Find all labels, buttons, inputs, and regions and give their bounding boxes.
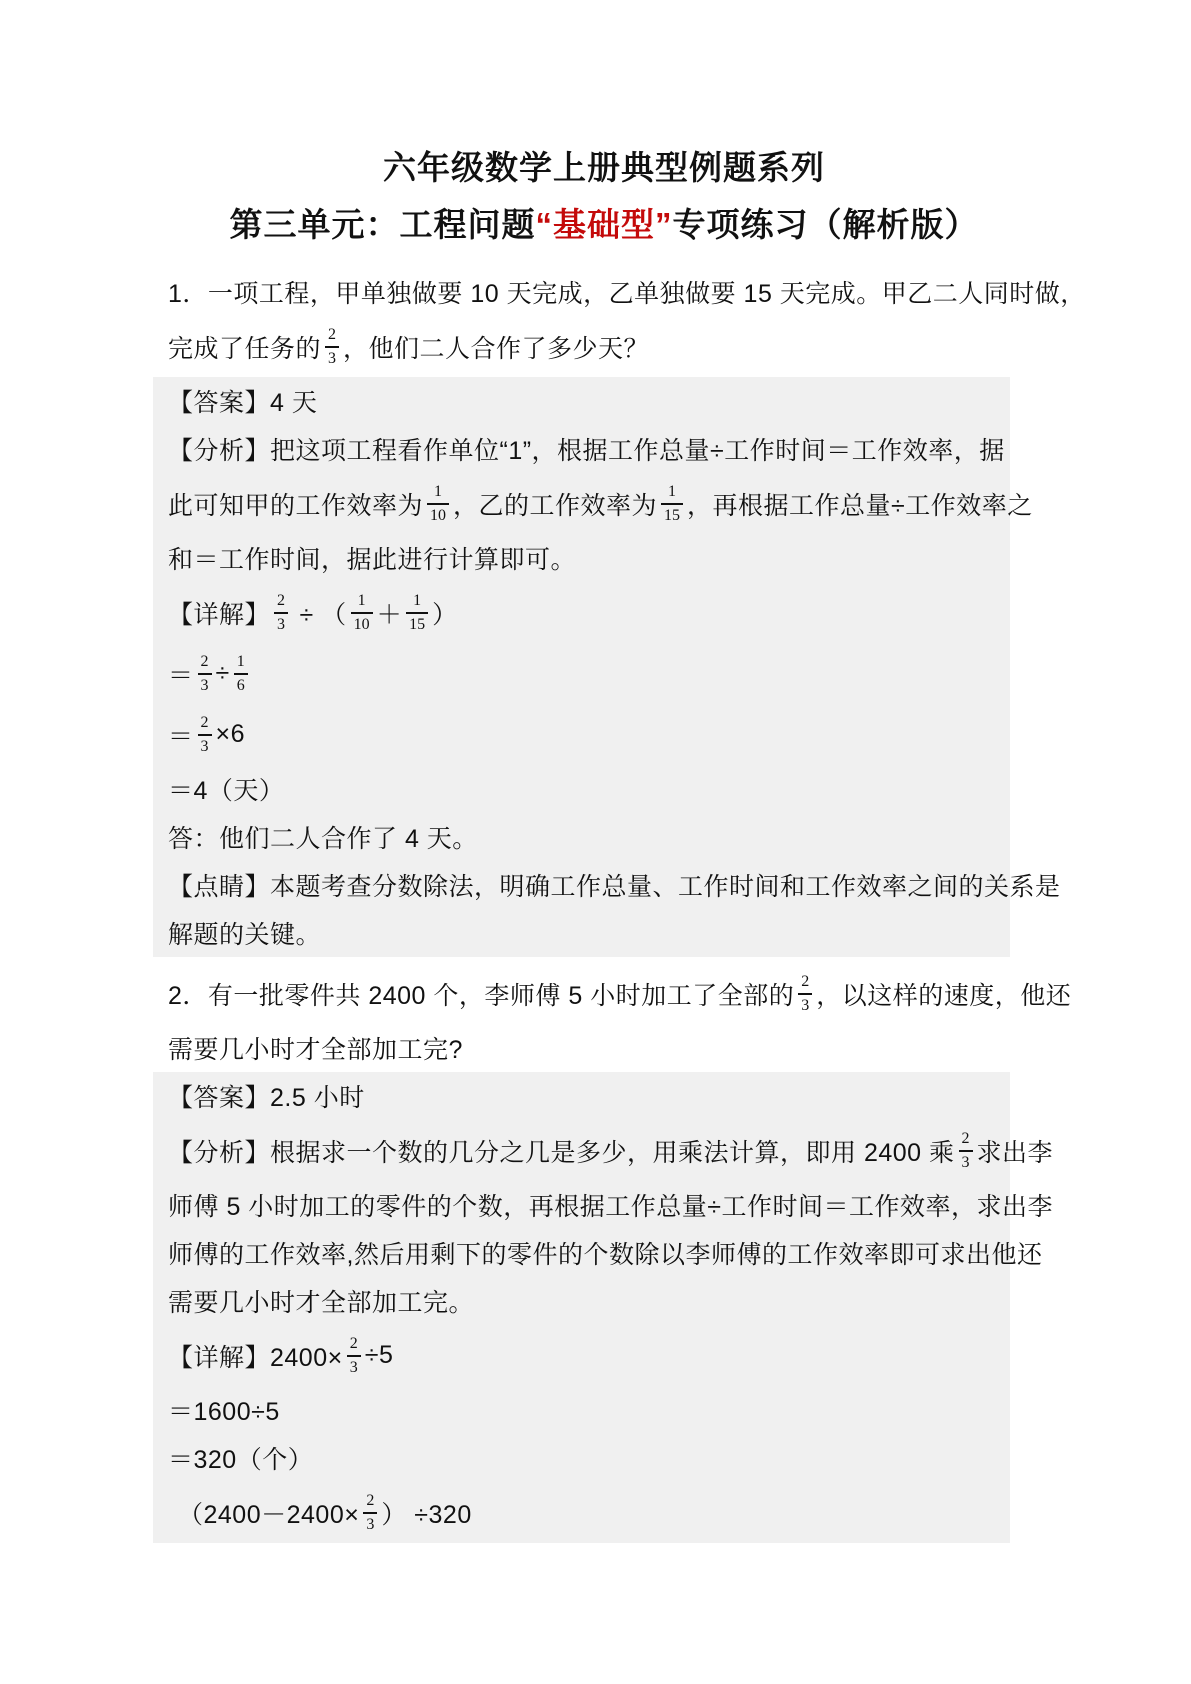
text-line: ＝23×6 bbox=[168, 704, 1040, 765]
text-line: 此可知甲的工作效率为110，乙的工作效率为115，再根据工作总量÷工作效率之 bbox=[168, 473, 1040, 534]
text-line: 【详解】2400×23÷5 bbox=[168, 1325, 1040, 1386]
text-line: ＝23÷16 bbox=[168, 643, 1040, 704]
text-run: ＋ bbox=[377, 595, 403, 631]
text-run: ×6 bbox=[216, 720, 246, 749]
answer-block: 【答案】4 天【分析】把这项工程看作单位“1”，根据工作总量÷工作时间＝工作效率… bbox=[168, 377, 1040, 957]
fraction: 110 bbox=[427, 484, 449, 524]
fraction: 23 bbox=[347, 1336, 361, 1376]
subtitle-suffix: 专项练习（解析版） bbox=[673, 206, 979, 243]
answer-block: 【答案】2.5 小时【分析】根据求一个数的几分之几是多少，用乘法计算，即用 24… bbox=[168, 1072, 1040, 1543]
text-line: 【答案】2.5 小时 bbox=[168, 1072, 1040, 1120]
text-line: 需要几小时才全部加工完。 bbox=[168, 1277, 1040, 1325]
text-run: ÷ （ bbox=[292, 595, 347, 631]
fraction-numerator: 2 bbox=[347, 1336, 361, 1355]
question-block: 1．一项工程，甲单独做要 10 天完成，乙单独做要 15 天完成。甲乙二人同时做… bbox=[168, 268, 1040, 377]
text-run: ，他们二人合作了多少天？ bbox=[343, 329, 649, 365]
text-run: ＝ bbox=[168, 717, 194, 753]
fraction-numerator: 1 bbox=[355, 593, 369, 612]
fraction-denominator: 3 bbox=[198, 734, 212, 755]
fraction: 23 bbox=[274, 593, 288, 633]
fraction-denominator: 3 bbox=[347, 1355, 361, 1376]
fraction-denominator: 6 bbox=[234, 673, 248, 694]
fraction: 115 bbox=[661, 484, 683, 524]
fraction-denominator: 3 bbox=[325, 346, 339, 367]
text-run: ） bbox=[432, 595, 458, 631]
fraction-numerator: 1 bbox=[665, 484, 679, 503]
fraction-numerator: 1 bbox=[431, 484, 445, 503]
document-body: 1．一项工程，甲单独做要 10 天完成，乙单独做要 15 天完成。甲乙二人同时做… bbox=[168, 268, 1040, 1543]
text-run: ÷ bbox=[216, 659, 230, 688]
text-run: 完成了任务的 bbox=[168, 329, 321, 365]
text-line: 2．有一批零件共 2400 个，李师傅 5 小时加工了全部的23，以这样的速度，… bbox=[168, 963, 1040, 1024]
fraction-numerator: 2 bbox=[198, 654, 212, 673]
text-run: ＝4（天） bbox=[168, 771, 284, 807]
fraction-numerator: 2 bbox=[198, 715, 212, 734]
text-line: 完成了任务的23，他们二人合作了多少天？ bbox=[168, 316, 1040, 377]
fraction-denominator: 3 bbox=[959, 1150, 973, 1171]
fraction: 23 bbox=[959, 1131, 973, 1171]
fraction-numerator: 1 bbox=[410, 593, 424, 612]
text-line: ＝320（个） bbox=[168, 1434, 1040, 1482]
fraction: 23 bbox=[198, 654, 212, 694]
text-run: 【详解】2400× bbox=[168, 1338, 343, 1374]
text-run: 此可知甲的工作效率为 bbox=[168, 486, 423, 522]
text-run: 【详解】 bbox=[168, 595, 270, 631]
text-line: ＝1600÷5 bbox=[168, 1386, 1040, 1434]
fraction-denominator: 10 bbox=[351, 612, 373, 633]
text-run: ，乙的工作效率为 bbox=[453, 486, 657, 522]
question-block: 2．有一批零件共 2400 个，李师傅 5 小时加工了全部的23，以这样的速度，… bbox=[168, 963, 1040, 1072]
fraction-numerator: 2 bbox=[325, 327, 339, 346]
text-line: 需要几小时才全部加工完? bbox=[168, 1024, 1040, 1072]
text-run: （2400－2400× bbox=[178, 1495, 359, 1531]
text-line: 1．一项工程，甲单独做要 10 天完成，乙单独做要 15 天完成。甲乙二人同时做… bbox=[168, 268, 1040, 316]
text-run: 2．有一批零件共 2400 个，李师傅 5 小时加工了全部的 bbox=[168, 976, 794, 1012]
text-line: 和＝工作时间，据此进行计算即可。 bbox=[168, 534, 1040, 582]
text-run: ＝320（个） bbox=[168, 1440, 313, 1476]
fraction: 23 bbox=[198, 715, 212, 755]
fraction: 23 bbox=[798, 974, 812, 1014]
page-title: 六年级数学上册典型例题系列 bbox=[168, 146, 1040, 190]
subtitle-prefix: 第三单元：工程问题 bbox=[230, 206, 536, 243]
text-line: 【详解】23 ÷ （110＋115） bbox=[168, 582, 1040, 643]
fraction-denominator: 15 bbox=[406, 612, 428, 633]
text-run: 师傅的工作效率,然后用剩下的零件的个数除以李师傅的工作效率即可求出他还 bbox=[168, 1235, 1042, 1271]
text-run: 需要几小时才全部加工完。 bbox=[168, 1283, 474, 1319]
fraction-denominator: 3 bbox=[363, 1512, 377, 1533]
text-line: 师傅的工作效率,然后用剩下的零件的个数除以李师傅的工作效率即可求出他还 bbox=[168, 1229, 1040, 1277]
text-run: 需要几小时才全部加工完? bbox=[168, 1030, 463, 1066]
text-run: ，再根据工作总量÷工作效率之 bbox=[687, 486, 1033, 522]
text-line: 【分析】根据求一个数的几分之几是多少，用乘法计算，即用 2400 乘23求出李 bbox=[168, 1120, 1040, 1181]
fraction-denominator: 15 bbox=[661, 503, 683, 524]
fraction: 16 bbox=[234, 654, 248, 694]
text-run: 【分析】根据求一个数的几分之几是多少，用乘法计算，即用 2400 乘 bbox=[168, 1133, 955, 1169]
document-content-column: 六年级数学上册典型例题系列 第三单元：工程问题“基础型”专项练习（解析版） 1．… bbox=[168, 146, 1040, 1543]
text-line: 【分析】把这项工程看作单位“1”，根据工作总量÷工作时间＝工作效率，据 bbox=[168, 425, 1040, 473]
text-line: 【点睛】本题考查分数除法，明确工作总量、工作时间和工作效率之间的关系是 bbox=[168, 861, 1040, 909]
text-run: ＝ bbox=[168, 656, 194, 692]
fraction: 23 bbox=[325, 327, 339, 367]
text-run: 【答案】2.5 小时 bbox=[168, 1078, 365, 1114]
text-run: 【点睛】本题考查分数除法，明确工作总量、工作时间和工作效率之间的关系是 bbox=[168, 867, 1061, 903]
fraction: 23 bbox=[363, 1493, 377, 1533]
text-run: ） ÷320 bbox=[381, 1495, 471, 1531]
text-run: ÷5 bbox=[365, 1341, 394, 1370]
page-subtitle: 第三单元：工程问题“基础型”专项练习（解析版） bbox=[168, 203, 1040, 247]
text-run: 答：他们二人合作了 4 天。 bbox=[168, 819, 478, 855]
text-run: 解题的关键。 bbox=[168, 915, 321, 951]
text-run: 【分析】把这项工程看作单位“1”，根据工作总量÷工作时间＝工作效率，据 bbox=[168, 431, 1005, 467]
fraction-denominator: 3 bbox=[198, 673, 212, 694]
text-run: 师傅 5 小时加工的零件的个数，再根据工作总量÷工作时间＝工作效率，求出李 bbox=[168, 1187, 1053, 1223]
fraction-denominator: 3 bbox=[274, 612, 288, 633]
fraction-numerator: 2 bbox=[363, 1493, 377, 1512]
text-run: 1．一项工程，甲单独做要 10 天完成，乙单独做要 15 天完成。甲乙二人同时做… bbox=[168, 274, 1086, 310]
text-run: ，以这样的速度，他还 bbox=[816, 976, 1071, 1012]
text-line: 解题的关键。 bbox=[168, 909, 1040, 957]
fraction-numerator: 1 bbox=[234, 654, 248, 673]
text-run: 和＝工作时间，据此进行计算即可。 bbox=[168, 540, 576, 576]
text-run: 求出李 bbox=[977, 1133, 1054, 1169]
text-line: 【答案】4 天 bbox=[168, 377, 1040, 425]
text-run: ＝1600÷5 bbox=[168, 1392, 280, 1428]
fraction-numerator: 2 bbox=[959, 1131, 973, 1150]
text-line: 师傅 5 小时加工的零件的个数，再根据工作总量÷工作时间＝工作效率，求出李 bbox=[168, 1181, 1040, 1229]
fraction-numerator: 2 bbox=[798, 974, 812, 993]
fraction: 115 bbox=[406, 593, 428, 633]
fraction-numerator: 2 bbox=[274, 593, 288, 612]
fraction-denominator: 3 bbox=[798, 993, 812, 1014]
text-line: （2400－2400×23） ÷320 bbox=[168, 1482, 1040, 1543]
fraction-denominator: 10 bbox=[427, 503, 449, 524]
text-line: 答：他们二人合作了 4 天。 bbox=[168, 813, 1040, 861]
text-run: 【答案】4 天 bbox=[168, 383, 317, 419]
subtitle-highlight: “基础型” bbox=[536, 206, 673, 243]
fraction: 110 bbox=[351, 593, 373, 633]
text-line: ＝4（天） bbox=[168, 765, 1040, 813]
worksheet-page: 六年级数学上册典型例题系列 第三单元：工程问题“基础型”专项练习（解析版） 1．… bbox=[0, 0, 1191, 1684]
